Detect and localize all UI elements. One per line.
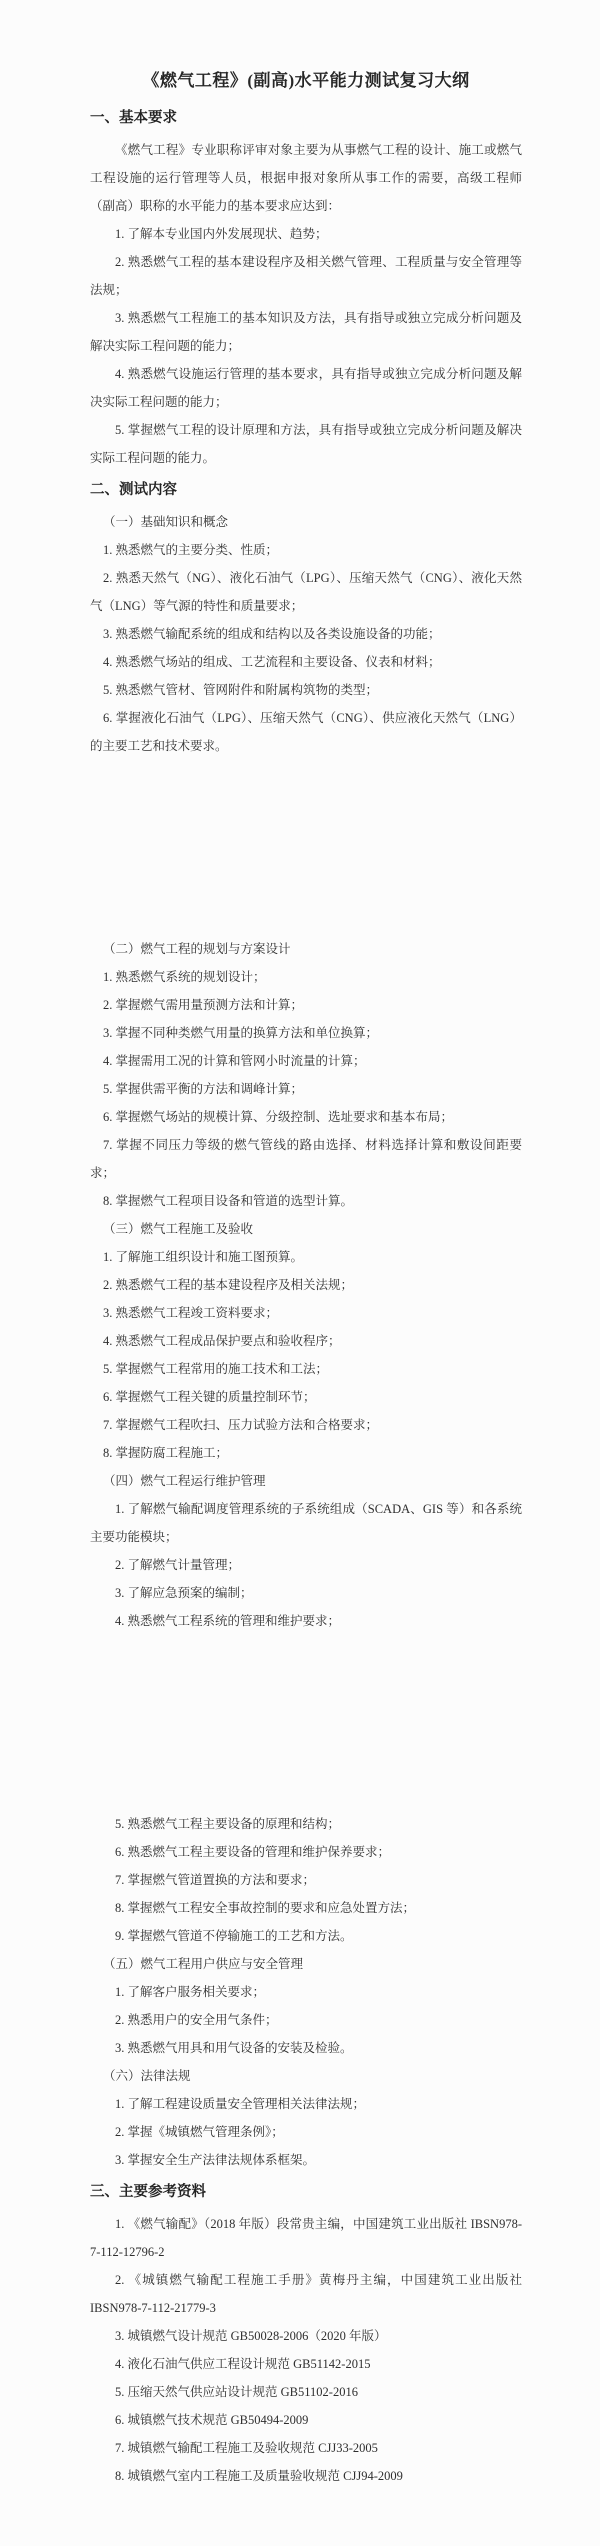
list-item: 2. 《城镇燃气输配工程施工手册》黄梅丹主编，中国建筑工业出版社 IBSN978… xyxy=(90,2266,522,2322)
page-break-gap xyxy=(90,760,522,935)
section-heading: 二、测试内容 xyxy=(90,476,522,504)
list-item: 9. 掌握燃气管道不停输施工的工艺和方法。 xyxy=(90,1922,522,1950)
list-item: 5. 掌握燃气工程常用的施工技术和工法； xyxy=(90,1355,522,1383)
list-item: 4. 掌握需用工况的计算和管网小时流量的计算； xyxy=(90,1047,522,1075)
page-break-gap xyxy=(90,1635,522,1810)
list-item: 2. 熟悉燃气工程的基本建设程序及相关燃气管理、工程质量与安全管理等法规； xyxy=(90,248,522,304)
list-item: 6. 城镇燃气技术规范 GB50494-2009 xyxy=(90,2406,522,2434)
subsection-heading: （六）法律法规 xyxy=(90,2062,522,2090)
list-item: 2. 掌握燃气需用量预测方法和计算； xyxy=(90,991,522,1019)
list-item: 3. 熟悉燃气输配系统的组成和结构以及各类设施设备的功能； xyxy=(90,620,522,648)
list-item: 3. 熟悉燃气用具和用气设备的安装及检验。 xyxy=(90,2034,522,2062)
list-item: 4. 熟悉燃气设施运行管理的基本要求，具有指导或独立完成分析问题及解决实际工程问… xyxy=(90,360,522,416)
list-item: 1. 了解工程建设质量安全管理相关法律法规； xyxy=(90,2090,522,2118)
list-item: 5. 熟悉燃气管材、管网附件和附属构筑物的类型； xyxy=(90,676,522,704)
list-item: 8. 城镇燃气室内工程施工及质量验收规范 CJJ94-2009 xyxy=(90,2462,522,2490)
list-item: 4. 熟悉燃气工程系统的管理和维护要求； xyxy=(90,1607,522,1635)
list-item: 1. 了解本专业国内外发展现状、趋势； xyxy=(90,220,522,248)
list-item: 5. 掌握供需平衡的方法和调峰计算； xyxy=(90,1075,522,1103)
list-item: 2. 熟悉用户的安全用气条件； xyxy=(90,2006,522,2034)
subsection-heading: （三）燃气工程施工及验收 xyxy=(90,1215,522,1243)
subsection-heading: （四）燃气工程运行维护管理 xyxy=(90,1467,522,1495)
list-item: 4. 液化石油气供应工程设计规范 GB51142-2015 xyxy=(90,2350,522,2378)
list-item: 5. 压缩天然气供应站设计规范 GB51102-2016 xyxy=(90,2378,522,2406)
list-item: 3. 熟悉燃气工程施工的基本知识及方法，具有指导或独立完成分析问题及解决实际工程… xyxy=(90,304,522,360)
list-item: 1. 了解客户服务相关要求； xyxy=(90,1978,522,2006)
list-item: 6. 掌握液化石油气（LPG）、压缩天然气（CNG）、供应液化天然气（LNG）的… xyxy=(90,704,522,760)
list-item: 7. 掌握不同压力等级的燃气管线的路由选择、材料选择计算和敷设间距要求； xyxy=(90,1131,522,1187)
section-heading: 一、基本要求 xyxy=(90,104,522,132)
list-item: 2. 熟悉天然气（NG）、液化石油气（LPG）、压缩天然气（CNG）、液化天然气… xyxy=(90,564,522,620)
page-title: 《燃气工程》(副高)水平能力测试复习大纲 xyxy=(90,64,522,98)
list-item: 3. 了解应急预案的编制； xyxy=(90,1579,522,1607)
list-item: 3. 城镇燃气设计规范 GB50028-2006（2020 年版） xyxy=(90,2322,522,2350)
list-item: 2. 熟悉燃气工程的基本建设程序及相关法规； xyxy=(90,1271,522,1299)
list-item: 7. 掌握燃气管道置换的方法和要求； xyxy=(90,1866,522,1894)
list-item: 7. 城镇燃气输配工程施工及验收规范 CJJ33-2005 xyxy=(90,2434,522,2462)
section-heading: 三、主要参考资料 xyxy=(90,2178,522,2206)
list-item: 2. 掌握《城镇燃气管理条例》； xyxy=(90,2118,522,2146)
list-item: 1. 熟悉燃气系统的规划设计； xyxy=(90,963,522,991)
list-item: 1. 熟悉燃气的主要分类、性质； xyxy=(90,536,522,564)
list-item: 2. 了解燃气计量管理； xyxy=(90,1551,522,1579)
subsection-heading: （二）燃气工程的规划与方案设计 xyxy=(90,935,522,963)
list-item: 3. 掌握不同种类燃气用量的换算方法和单位换算； xyxy=(90,1019,522,1047)
list-item: 6. 熟悉燃气工程主要设备的管理和维护保养要求； xyxy=(90,1838,522,1866)
list-item: 5. 熟悉燃气工程主要设备的原理和结构； xyxy=(90,1810,522,1838)
list-item: 5. 掌握燃气工程的设计原理和方法，具有指导或独立完成分析问题及解决实际工程问题… xyxy=(90,416,522,472)
list-item: 4. 熟悉燃气场站的组成、工艺流程和主要设备、仪表和材料； xyxy=(90,648,522,676)
list-item: 8. 掌握防腐工程施工； xyxy=(90,1439,522,1467)
list-item: 3. 掌握安全生产法律法规体系框架。 xyxy=(90,2146,522,2174)
list-item: 3. 熟悉燃气工程竣工资料要求； xyxy=(90,1299,522,1327)
list-item: 1. 了解施工组织设计和施工图预算。 xyxy=(90,1243,522,1271)
list-item: 1. 了解燃气输配调度管理系统的子系统组成（SCADA、GIS 等）和各系统主要… xyxy=(90,1495,522,1551)
document-content: 《燃气工程》(副高)水平能力测试复习大纲 一、基本要求《燃气工程》专业职称评审对… xyxy=(0,0,600,2510)
list-item: 7. 掌握燃气工程吹扫、压力试验方法和合格要求； xyxy=(90,1411,522,1439)
list-item: 8. 掌握燃气工程项目设备和管道的选型计算。 xyxy=(90,1187,522,1215)
list-item: 6. 掌握燃气工程关键的质量控制环节； xyxy=(90,1383,522,1411)
list-item: 8. 掌握燃气工程安全事故控制的要求和应急处置方法； xyxy=(90,1894,522,1922)
list-item: 4. 熟悉燃气工程成品保护要点和验收程序； xyxy=(90,1327,522,1355)
subsection-heading: （一）基础知识和概念 xyxy=(90,508,522,536)
document-page: 《燃气工程》(副高)水平能力测试复习大纲 一、基本要求《燃气工程》专业职称评审对… xyxy=(0,0,600,2546)
list-item: 6. 掌握燃气场站的规模计算、分级控制、选址要求和基本布局； xyxy=(90,1103,522,1131)
list-item: 1. 《燃气输配》（2018 年版）段常贵主编，中国建筑工业出版社 IBSN97… xyxy=(90,2210,522,2266)
subsection-heading: （五）燃气工程用户供应与安全管理 xyxy=(90,1950,522,1978)
paragraph: 《燃气工程》专业职称评审对象主要为从事燃气工程的设计、施工或燃气工程设施的运行管… xyxy=(90,136,522,220)
